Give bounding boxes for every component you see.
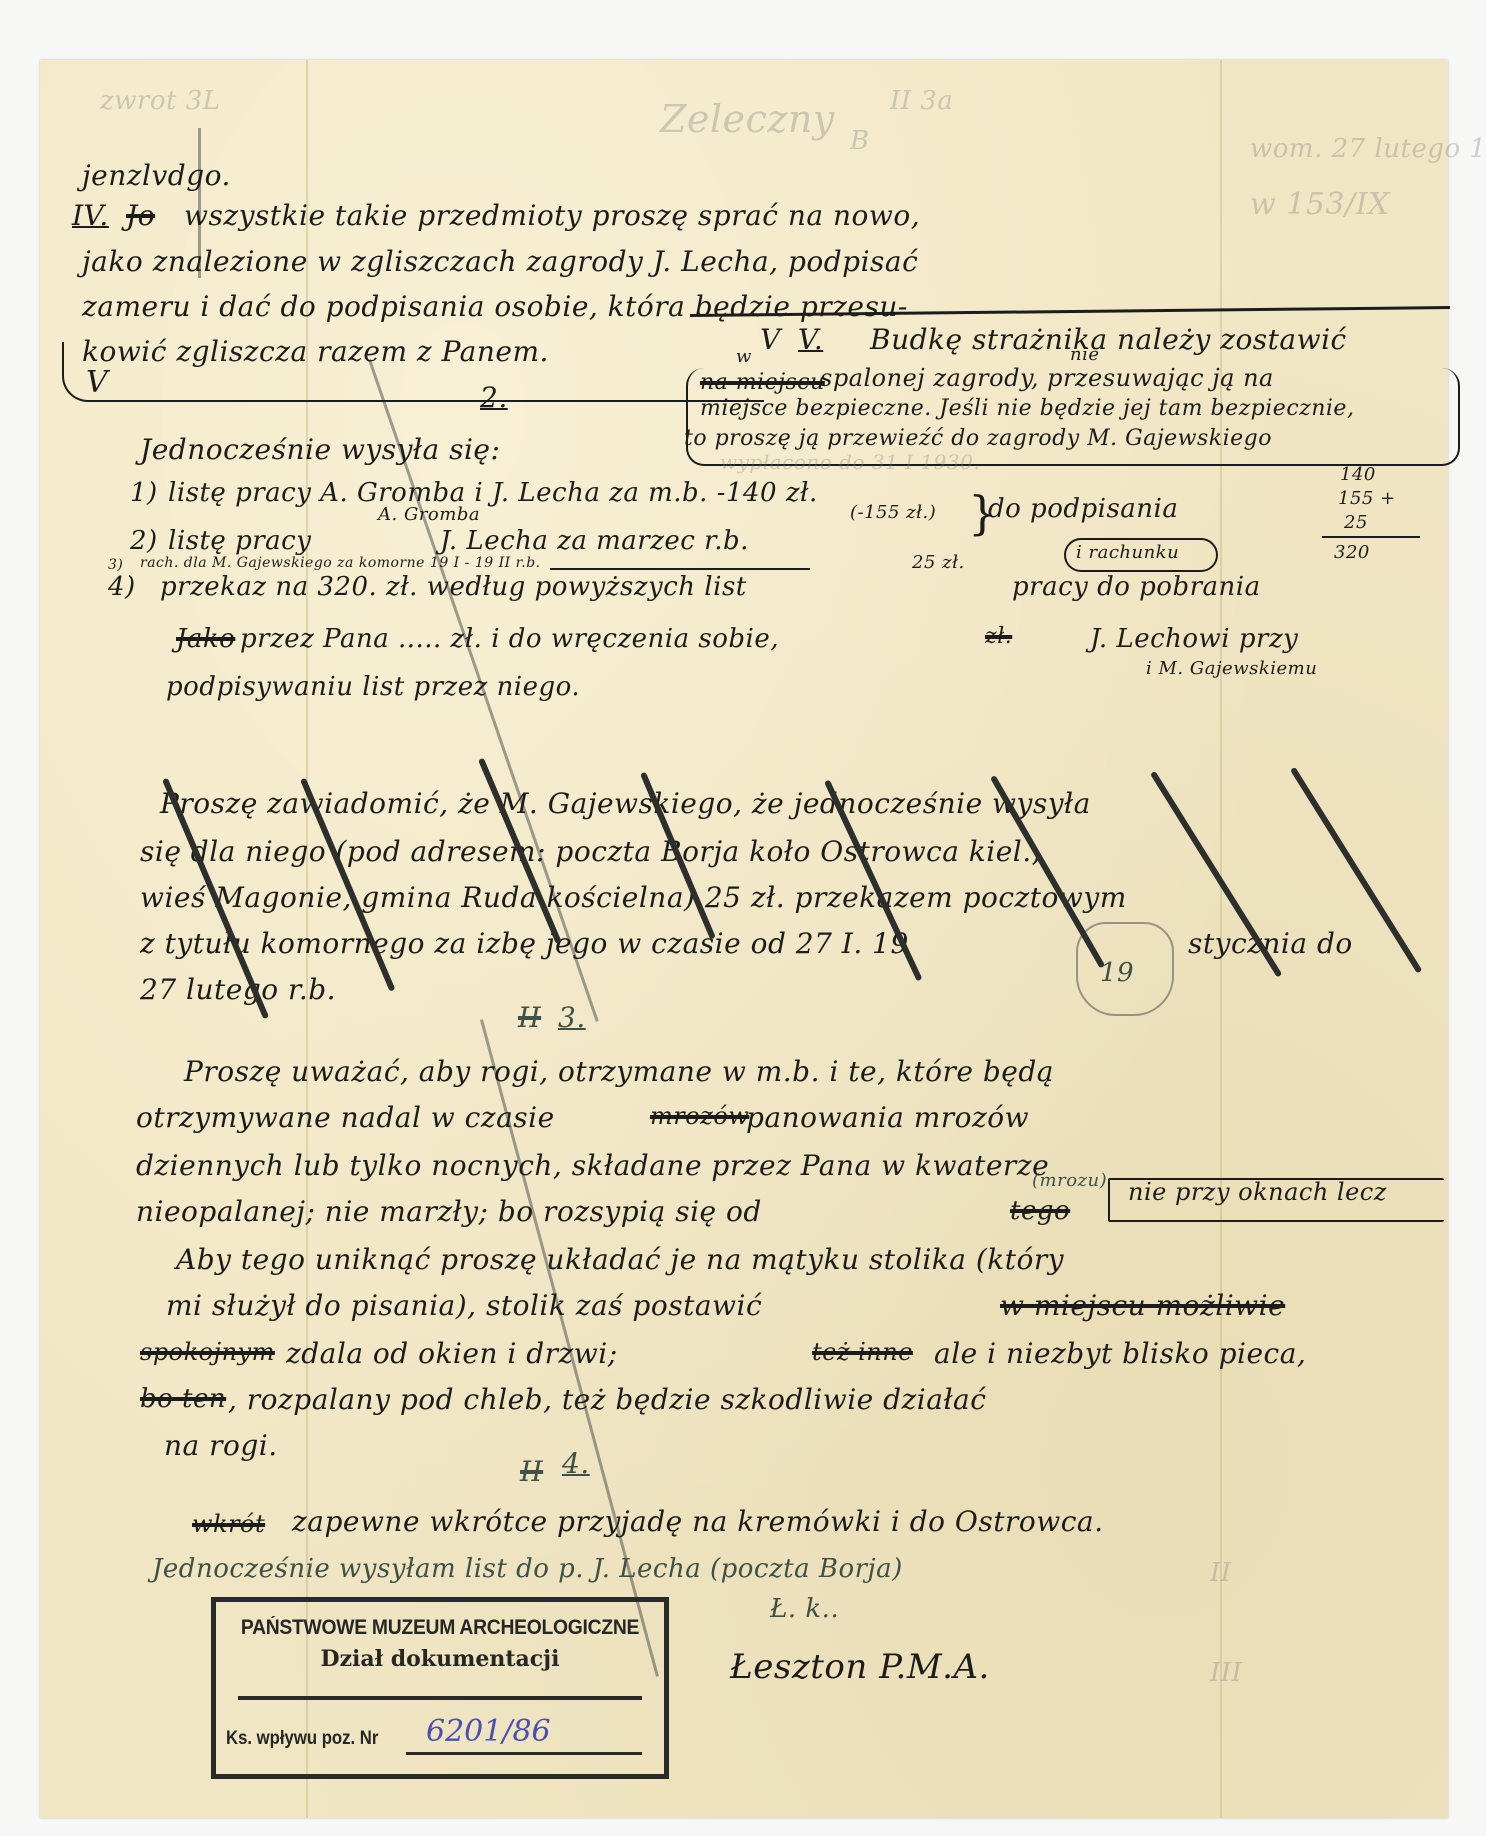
crossed-text-line: wieś Magonie, gmina Ruda kościelna) 25 z… <box>140 884 1127 912</box>
text-line: jako znalezione w zgliszczach zagrody J.… <box>82 248 918 276</box>
text-line: na rogi. <box>164 1432 278 1460</box>
sum-value: 155 + <box>1338 490 1396 508</box>
crossed-text-line: Proszę zawiadomić, że M. Gajewskiego, że… <box>160 790 1091 818</box>
sum-value: 140 <box>1340 466 1376 484</box>
brace-label: do podpisania <box>988 496 1178 522</box>
struck-text: Jo <box>126 202 155 230</box>
struck-text: w miejscu możliwie <box>1000 1292 1285 1320</box>
insertion: A. Gromba <box>378 506 480 524</box>
section-heading: 3. <box>558 1004 586 1032</box>
text-line: , rozpalany pod chleb, też będzie szkodl… <box>228 1386 986 1414</box>
ghost-note: Zeleczny <box>660 100 835 138</box>
section-heading: 2. <box>480 384 508 412</box>
stamp-rule <box>238 1696 642 1700</box>
text-line: przez Pana ..... zł. i do wręczenia sobi… <box>240 626 779 652</box>
text-line: to proszę ją przewieźć do zagrody M. Gaj… <box>684 428 1272 450</box>
list-item-number: 2) <box>130 528 158 554</box>
text-line: zameru i dać do podpisania osobie, która… <box>82 293 908 321</box>
section-bracket <box>62 342 764 402</box>
list-item: rach. dla M. Gajewskiego za komorne 19 I… <box>140 556 541 570</box>
section-numeral: IV. <box>72 202 109 230</box>
closing: Ł. k.. <box>770 1596 839 1622</box>
struck-text: Jako <box>176 626 235 652</box>
insertion: w <box>736 348 752 366</box>
section-numeral: V. <box>798 326 823 354</box>
crossed-text-line: się dla niego (pod adresem: poczta Borja… <box>140 838 1041 866</box>
text-line: Jednocześnie wysyłam list do p. J. Lecha… <box>152 1556 903 1582</box>
boxed-note: nie przy oknach lecz <box>1128 1180 1387 1204</box>
stamp-label: Ks. wpływu poz. Nr <box>226 1728 378 1750</box>
ghost-note: III <box>1210 1660 1242 1686</box>
crossed-text-line: z tytułu komornego za izbę jego w czasie… <box>140 930 909 958</box>
ghost-note: II <box>1210 1560 1232 1586</box>
text-line: zdala od okien i drzwi; <box>286 1340 618 1368</box>
insertion: i rachunku <box>1076 544 1179 562</box>
insertion: i M. Gajewskiemu <box>1146 660 1317 678</box>
list-item-number: 3) <box>108 558 123 572</box>
crossed-text-line: 27 lutego r.b. <box>140 976 336 1004</box>
insertion: (mrozu) <box>1032 1172 1107 1190</box>
text-line: Budkę strażnika należy zostawić <box>870 326 1347 354</box>
separator-line <box>550 568 810 570</box>
text-line: nieopalanej; nie marzły; bo rozsypią się… <box>136 1198 762 1226</box>
struck-text: na miejscu <box>700 372 825 394</box>
text-line: jenzlvdgo. <box>82 162 231 190</box>
ghost-note: wypłacono do 31 I 1930. <box>720 452 980 472</box>
struck-text: tego <box>1010 1198 1070 1224</box>
text-line: miejsce bezpieczne. Jeśli nie będzie jej… <box>700 398 1354 420</box>
text-line: Aby tego uniknąć proszę układać je na mą… <box>176 1246 1064 1274</box>
signature: Łeszton P.M.A. <box>730 1650 990 1684</box>
text-line: J. Lechowi przy <box>1090 626 1298 652</box>
struck-heading: II <box>518 1004 541 1032</box>
crossed-text-line: stycznia do <box>1188 930 1353 958</box>
list-item-number: 4) <box>108 574 136 600</box>
sum-line <box>1322 536 1420 538</box>
amount: 25 zł. <box>912 554 965 572</box>
list-item: pracy do pobrania <box>1012 574 1261 600</box>
museum-stamp: PAŃSTWOWE MUZEUM ARCHEOLOGICZNE Dział do… <box>211 1597 669 1779</box>
ghost-note: zwrot 3L <box>100 88 221 114</box>
text-line: zapewne wkrótce przyjadę na kremówki i d… <box>292 1508 1103 1536</box>
struck-text: też inne <box>812 1340 913 1364</box>
sum-total: 320 <box>1334 544 1370 562</box>
text-line: podpisywaniu list przez niego. <box>166 674 580 700</box>
stamp-department: Dział dokumentacji <box>216 1646 664 1672</box>
sum-value: 25 <box>1344 514 1368 532</box>
section-numeral: V <box>760 326 781 354</box>
list-item-number: 1) <box>130 480 158 506</box>
section-heading: 4. <box>562 1450 590 1478</box>
ghost-note: B <box>850 128 870 154</box>
struck-text: mrozów <box>650 1104 749 1128</box>
struck-text: wkrót <box>192 1512 265 1536</box>
ghost-note: wom. 27 lutego 1930 <box>1250 136 1486 162</box>
insertion: nie <box>1070 346 1100 364</box>
circled-number: 19 <box>1100 960 1134 986</box>
struck-text: spokojnym <box>140 1340 275 1364</box>
amount: (-155 zł.) <box>850 504 936 522</box>
text-line: spalonej zagrody, przesuwając ją na <box>820 366 1274 390</box>
text-line: ale i niezbyt blisko pieca, <box>934 1340 1306 1368</box>
text-line: panowania mrozów <box>746 1104 1029 1132</box>
struck-text: zł. <box>985 626 1012 648</box>
stamp-number: 6201/86 <box>426 1714 551 1749</box>
text-line: dziennych lub tylko nocnych, składane pr… <box>136 1152 1049 1180</box>
ghost-note: w 153/IX <box>1250 190 1390 220</box>
ghost-note: II 3a <box>890 88 953 114</box>
text-line: Jednocześnie wysyła się: <box>140 436 500 464</box>
list-item: J. Lecha za marzec r.b. <box>440 528 749 554</box>
struck-heading: II <box>520 1458 543 1486</box>
text-line: Proszę uważać, aby rogi, otrzymane w m.b… <box>184 1058 1054 1086</box>
struck-text: bo ten <box>140 1386 226 1412</box>
text-line: otrzymywane nadal w czasie <box>136 1104 555 1132</box>
text-line: wszystkie takie przedmioty proszę sprać … <box>184 202 920 230</box>
stamp-number-line <box>406 1752 642 1755</box>
list-item: listę pracy A. Gromba i J. Lecha za m.b.… <box>168 480 818 506</box>
list-item: przekaz na 320. zł. według powyższych li… <box>160 574 747 600</box>
list-item: listę pracy <box>168 528 311 554</box>
text-line: mi służył do pisania), stolik zaś postaw… <box>166 1292 762 1320</box>
stamp-institution: PAŃSTWOWE MUZEUM ARCHEOLOGICZNE <box>234 1616 646 1640</box>
